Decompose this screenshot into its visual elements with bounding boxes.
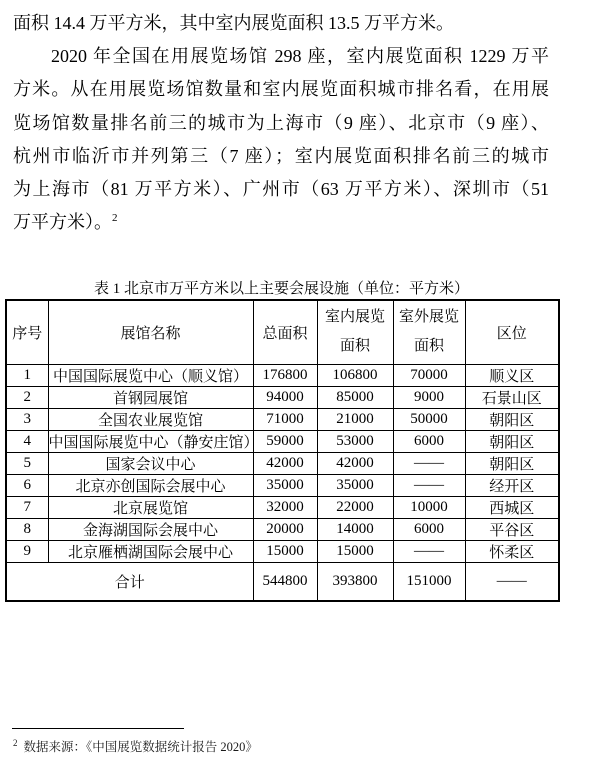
- cell-district: 经开区: [465, 474, 559, 496]
- col-header-outdoor-line1: 室外展览: [394, 303, 465, 332]
- footnote-marker: 2: [13, 738, 18, 748]
- col-header-total-area: 总面积: [253, 300, 317, 364]
- cell-total-area-sum: 544800: [253, 562, 317, 601]
- intro-line: 为上海市（81 万平方米）、广州市（63 万平方米）、深圳市（51: [13, 173, 549, 206]
- cell-index: 4: [6, 430, 48, 452]
- cell-indoor-area-sum: 393800: [317, 562, 393, 601]
- intro-line: 面积 14.4 万平方米，其中室内展览面积 13.5 万平方米。: [13, 7, 549, 40]
- cell-index: 9: [6, 540, 48, 562]
- cell-total-area: 35000: [253, 474, 317, 496]
- table-total-row: 合计 544800 393800 151000 ——: [6, 562, 559, 601]
- cell-outdoor-area: 6000: [393, 518, 465, 540]
- cell-district: 朝阳区: [465, 408, 559, 430]
- cell-indoor-area: 106800: [317, 364, 393, 386]
- footnote-reference-mark: 2: [112, 212, 118, 224]
- col-header-indoor-line2: 面积: [318, 332, 393, 361]
- cell-venue-name: 全国农业展览馆: [48, 408, 253, 430]
- cell-district: 朝阳区: [465, 452, 559, 474]
- cell-index: 3: [6, 408, 48, 430]
- cell-outdoor-area: 6000: [393, 430, 465, 452]
- cell-venue-name: 北京亦创国际会展中心: [48, 474, 253, 496]
- cell-total-area: 32000: [253, 496, 317, 518]
- cell-indoor-area: 14000: [317, 518, 393, 540]
- cell-outdoor-area: 10000: [393, 496, 465, 518]
- cell-indoor-area: 53000: [317, 430, 393, 452]
- cell-venue-name: 国家会议中心: [48, 452, 253, 474]
- cell-outdoor-area: ——: [393, 452, 465, 474]
- cell-total-label: 合计: [6, 562, 253, 601]
- cell-index: 5: [6, 452, 48, 474]
- cell-total-area: 94000: [253, 386, 317, 408]
- table-row: 1 中国国际展览中心（顺义馆） 176800 106800 70000 顺义区: [6, 364, 559, 386]
- col-header-indoor-line1: 室内展览: [318, 303, 393, 332]
- cell-index: 2: [6, 386, 48, 408]
- cell-district: 平谷区: [465, 518, 559, 540]
- cell-indoor-area: 21000: [317, 408, 393, 430]
- footnote-text: 数据来源：《中国展览数据统计报告 2020》: [24, 740, 258, 754]
- cell-outdoor-area-sum: 151000: [393, 562, 465, 601]
- cell-total-area: 20000: [253, 518, 317, 540]
- table-row: 3 全国农业展览馆 71000 21000 50000 朝阳区: [6, 408, 559, 430]
- cell-total-area: 15000: [253, 540, 317, 562]
- table-row: 7 北京展览馆 32000 22000 10000 西城区: [6, 496, 559, 518]
- table-row: 4 中国国际展览中心（静安庄馆） 59000 53000 6000 朝阳区: [6, 430, 559, 452]
- cell-outdoor-area: ——: [393, 474, 465, 496]
- cell-district-sum: ——: [465, 562, 559, 601]
- cell-index: 1: [6, 364, 48, 386]
- cell-district: 怀柔区: [465, 540, 559, 562]
- col-header-district: 区位: [465, 300, 559, 364]
- col-header-outdoor-area: 室外展览 面积: [393, 300, 465, 364]
- table-title: 表 1 北京市万平方米以上主要会展设施（单位：平方米）: [5, 277, 558, 298]
- cell-venue-name: 首钢园展馆: [48, 386, 253, 408]
- cell-venue-name: 北京雁栖湖国际会展中心: [48, 540, 253, 562]
- cell-venue-name: 中国国际展览中心（顺义馆）: [48, 364, 253, 386]
- cell-outdoor-area: 9000: [393, 386, 465, 408]
- cell-index: 8: [6, 518, 48, 540]
- cell-total-area: 59000: [253, 430, 317, 452]
- cell-outdoor-area: 50000: [393, 408, 465, 430]
- intro-line-text: 万平方米）。: [13, 212, 112, 232]
- cell-total-area: 176800: [253, 364, 317, 386]
- cell-total-area: 42000: [253, 452, 317, 474]
- intro-line: 方米。从在用展览场馆数量和室内展览面积城市排名看，在用展: [13, 73, 549, 106]
- intro-line: 2020 年全国在用展览场馆 298 座，室内展览面积 1229 万平: [13, 40, 549, 73]
- col-header-indoor-area: 室内展览 面积: [317, 300, 393, 364]
- cell-indoor-area: 85000: [317, 386, 393, 408]
- cell-index: 7: [6, 496, 48, 518]
- cell-district: 西城区: [465, 496, 559, 518]
- cell-district: 石景山区: [465, 386, 559, 408]
- intro-line: 杭州市临沂市并列第三（7 座）；室内展览面积排名前三的城市: [13, 140, 549, 173]
- table-header: 序号 展馆名称 总面积 室内展览 面积 室外展览 面积 区位: [6, 300, 559, 364]
- intro-line-last: 万平方米）。2: [13, 206, 549, 239]
- cell-venue-name: 中国国际展览中心（静安庄馆）: [48, 430, 253, 452]
- table-row: 6 北京亦创国际会展中心 35000 35000 —— 经开区: [6, 474, 559, 496]
- intro-line: 览场馆数量排名前三的城市为上海市（9 座）、北京市（9 座）、: [13, 107, 549, 140]
- cell-district: 朝阳区: [465, 430, 559, 452]
- col-header-name: 展馆名称: [48, 300, 253, 364]
- venues-table: 序号 展馆名称 总面积 室内展览 面积 室外展览 面积 区位 1 中国国际展览中…: [5, 299, 560, 602]
- cell-indoor-area: 35000: [317, 474, 393, 496]
- footnote: 2数据来源：《中国展览数据统计报告 2020》: [13, 737, 258, 755]
- table-row: 8 金海湖国际会展中心 20000 14000 6000 平谷区: [6, 518, 559, 540]
- cell-outdoor-area: ——: [393, 540, 465, 562]
- table-row: 9 北京雁栖湖国际会展中心 15000 15000 —— 怀柔区: [6, 540, 559, 562]
- cell-outdoor-area: 70000: [393, 364, 465, 386]
- cell-indoor-area: 42000: [317, 452, 393, 474]
- cell-total-area: 71000: [253, 408, 317, 430]
- intro-paragraphs: 面积 14.4 万平方米，其中室内展览面积 13.5 万平方米。 2020 年全…: [13, 7, 549, 239]
- cell-district: 顺义区: [465, 364, 559, 386]
- cell-indoor-area: 22000: [317, 496, 393, 518]
- footnote-separator: [12, 728, 184, 729]
- table-row: 2 首钢园展馆 94000 85000 9000 石景山区: [6, 386, 559, 408]
- cell-venue-name: 金海湖国际会展中心: [48, 518, 253, 540]
- table-header-row: 序号 展馆名称 总面积 室内展览 面积 室外展览 面积 区位: [6, 300, 559, 364]
- col-header-outdoor-line2: 面积: [394, 332, 465, 361]
- cell-indoor-area: 15000: [317, 540, 393, 562]
- col-header-index: 序号: [6, 300, 48, 364]
- cell-venue-name: 北京展览馆: [48, 496, 253, 518]
- cell-index: 6: [6, 474, 48, 496]
- table-row: 5 国家会议中心 42000 42000 —— 朝阳区: [6, 452, 559, 474]
